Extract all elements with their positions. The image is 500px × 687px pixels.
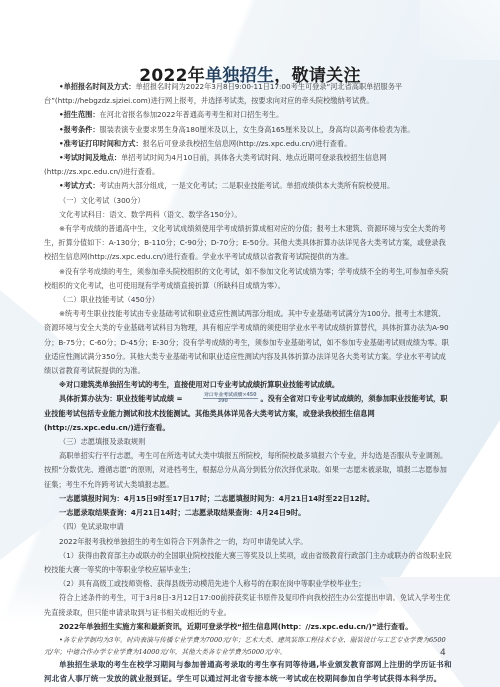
section1-note1: ※有学考成绩的普通高中生，文化考试成绩须使用学考成绩折算成相对应的分值；报考土木… (44, 222, 452, 265)
section4-apply: 符合上述条件的考生，可于3月8日-3月12日17:00前持获奖证书原件及复印件向… (44, 591, 452, 619)
section2-heading: （二）职业技能考试（450分） (44, 293, 452, 307)
tuition-note: •各专业学制均为3年。时尚表演与传播专业学费为7000元/年；艺术大类、建筑装饰… (44, 634, 452, 658)
item-label: •准考证打印时间和方式： (59, 139, 143, 148)
item-text: 服装表演专业要求男生身高180厘米及以上，女生身高165厘米及以上，身高均以高考… (100, 125, 415, 134)
formula-denominator: 390 (218, 399, 228, 404)
section2-note2: ※对口建筑类单独招生考试的考生，直接使用对口专业考试成绩折算职业技能考试成绩。 (44, 378, 452, 392)
content-body: •单招报名时间及方式：单招报名时间为2022年3月8日9:00-11日17:00… (44, 80, 452, 687)
item-text: 在河北省报名参加2022年普通高考考生和对口招生考生。 (100, 110, 284, 119)
final-statement: 单独招生录取的考生在校学习期间与参加普通高考录取的考生享有同等待遇,毕业颁发教育… (44, 658, 452, 687)
item-text: 考试由两大部分组成，一是文化考试；二是职业技能考试。单招成绩供本大类所有院校使用… (100, 181, 395, 190)
item-label: •报考条件： (59, 125, 100, 134)
page-number: 4 (440, 648, 446, 658)
item-scope: •招生范围：在河北省报名参加2022年普通高考考生和对口招生考生。 (44, 108, 452, 122)
item-registration: •单招报名时间及方式：单招报名时间为2022年3月8日9:00-11日17:00… (44, 80, 452, 108)
section3-schedule2: 一志愿录取结果查询：4月21日14时；二志愿录取结果查询：4月24日9时。 (44, 506, 452, 520)
section1-subjects: 文化考试科目：语文、数学两科（语文、数学各150分）。 (44, 208, 452, 222)
section3-heading: （三）志愿填报及录取规则 (44, 435, 452, 449)
section3-text: 高职单招实行平行志愿，考生可在所选考试大类中填报五所院校，每所院校最多填报六个专… (44, 449, 452, 492)
section4-intro: 2022年报考我校单独招生的考生如符合下列条件之一的，均可申请免试入学。 (44, 535, 452, 549)
formula-prefix: 具体折算办法为：职业技能考试成绩 (59, 394, 174, 403)
item-exam-method: •考试方式：考试由两大部分组成，一是文化考试；二是职业技能考试。单招成绩供本大类… (44, 179, 452, 193)
item-conditions: •报考条件：服装表演专业要求男生身高180厘米及以上，女生身高165厘米及以上，… (44, 123, 452, 137)
formula-fraction: 对口专业考试成绩×450390 (188, 393, 257, 405)
section3-schedule1: 一志愿填报时间为：4月15日9时至17日17时；二志愿填报时间为：4月21日14… (44, 492, 452, 506)
section2-formula: 具体折算办法为：职业技能考试成绩 = 对口专业考试成绩×450390。没有全省对… (44, 392, 452, 435)
section4-cond1: （1）获得由教育部主办或联办的全国职业院校技能大赛三等奖及以上奖项，或由省级教育… (44, 549, 452, 577)
item-label: •单招报名时间及方式： (59, 82, 135, 91)
formula-numerator: 对口专业考试成绩×450 (203, 393, 257, 399)
section4-heading: （四）免试录取申请 (44, 520, 452, 534)
section2-note1: ※统考考生职业技能考试由专业基础考试和职业适应性测试两部分组成。其中专业基础考试… (44, 307, 452, 378)
item-label: •考试方式： (59, 181, 100, 190)
section4-cond2: （2）具有高级工或技师资格、获得县级劳动模范先进个人称号的在职在岗中等职业学校毕… (44, 577, 452, 591)
item-label: •考试时间及地点： (59, 153, 121, 162)
formula-equals: = (177, 394, 183, 403)
item-exam-time-place: •考试时间及地点：单招考试时间为4月10日前，具体各大类考试时间、地点近期可登录… (44, 151, 452, 179)
latest-info: 2022年单独招生实施方案和最新资讯，近期可登录学校“招生信息网(http：//… (44, 620, 452, 634)
document-page: 2022年单独招生，敬请关注 •单招报名时间及方式：单招报名时间为2022年3月… (0, 0, 500, 687)
item-text: 报名后可登录我校招生信息网(http://zs.xpc.edu.cn/)进行查看… (143, 139, 352, 148)
item-admission-ticket: •准考证打印时间和方式：报名后可登录我校招生信息网(http://zs.xpc.… (44, 137, 452, 151)
section1-heading: （一）文化考试（300分） (44, 194, 452, 208)
item-label: •招生范围： (59, 110, 100, 119)
section1-note2: ※没有学考成绩的考生，须参加牵头院校组织的文化考试，如不参加文化考试成绩为零；学… (44, 265, 452, 293)
